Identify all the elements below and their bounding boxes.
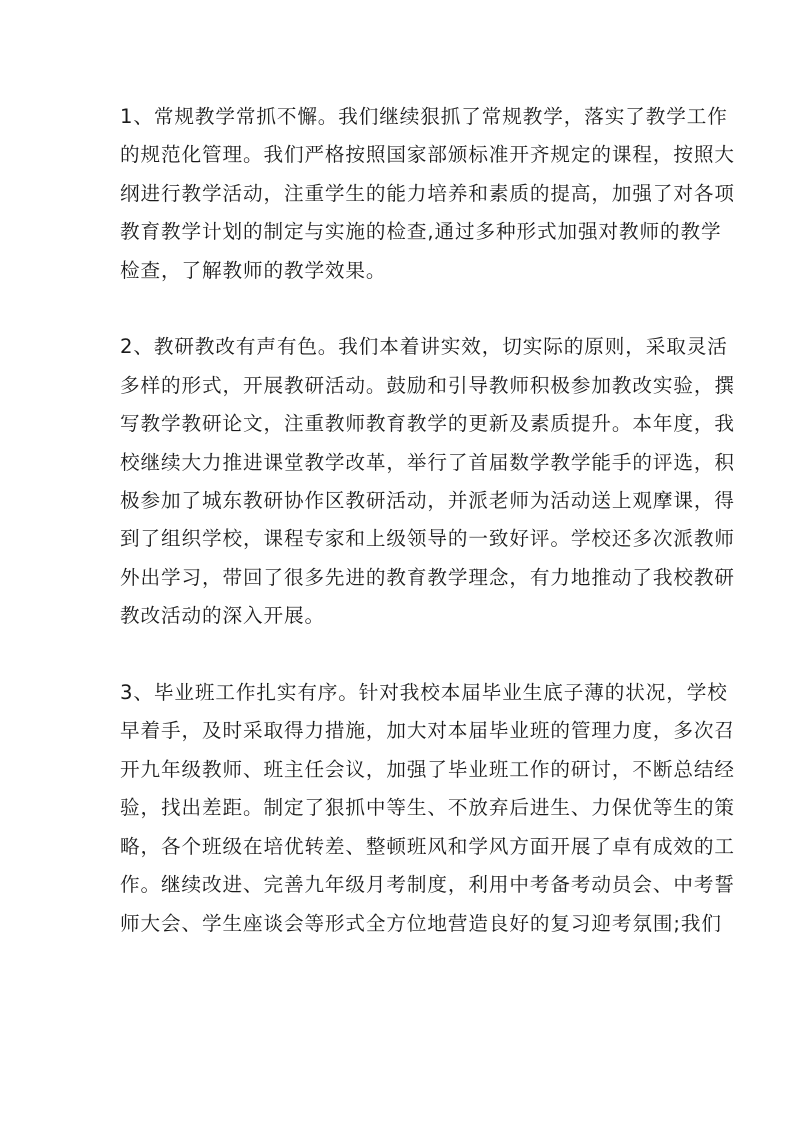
document-page: 1、常规教学常抓不懈。我们继续狠抓了常规教学，落实了教学工作 的规范化管理。我们… (120, 98, 676, 981)
paragraph-routine-teaching: 1、常规教学常抓不懈。我们继续狠抓了常规教学，落实了教学工作 的规范化管理。我们… (120, 98, 676, 290)
text-line: 多样的形式，开展教研活动。鼓励和引导教师积极参加教改实验，撰 (120, 367, 676, 405)
text-line: 验，找出差距。制定了狠抓中等生、不放弃后进生、力保优等生的策 (120, 789, 676, 827)
text-line: 的规范化管理。我们严格按照国家部颁标准开齐规定的课程，按照大 (120, 136, 676, 174)
text-line: 早着手，及时采取得力措施，加大对本届毕业班的管理力度，多次召 (120, 712, 676, 750)
text-line: 外出学习，带回了很多先进的教育教学理念，有力地推动了我校教研 (120, 559, 676, 597)
text-line: 到了组织学校，课程专家和上级领导的一致好评。学校还多次派教师 (120, 520, 676, 558)
text-line: 校继续大力推进课堂教学改革，举行了首届数学教学能手的评选，积 (120, 444, 676, 482)
text-line: 开九年级教师、班主任会议，加强了毕业班工作的研讨，不断总结经 (120, 751, 676, 789)
text-line: 略，各个班级在培优转差、整顿班风和学风方面开展了卓有成效的工 (120, 828, 676, 866)
text-line: 纲进行教学活动，注重学生的能力培养和素质的提高，加强了对各项 (120, 175, 676, 213)
text-line: 师大会、学生座谈会等形式全方位地营造良好的复习迎考氛围;我们 (120, 905, 676, 943)
text-line: 写教学教研论文，注重教师教育教学的更新及素质提升。本年度，我 (120, 405, 676, 443)
text-line: 作。继续改进、完善九年级月考制度，利用中考备考动员会、中考誓 (120, 866, 676, 904)
text-line: 教改活动的深入开展。 (120, 597, 676, 635)
text-line: 教育教学计划的制定与实施的检查,通过多种形式加强对教师的教学 (120, 213, 676, 251)
text-line: 1、常规教学常抓不懈。我们继续狠抓了常规教学，落实了教学工作 (120, 98, 676, 136)
text-line: 2、教研教改有声有色。我们本着讲实效，切实际的原则，采取灵活 (120, 328, 676, 366)
text-line: 检查，了解教师的教学效果。 (120, 252, 676, 290)
paragraph-graduating-class: 3、毕业班工作扎实有序。针对我校本届毕业生底子薄的状况，学校 早着手，及时采取得… (120, 674, 676, 943)
paragraph-teaching-research: 2、教研教改有声有色。我们本着讲实效，切实际的原则，采取灵活 多样的形式，开展教… (120, 328, 676, 635)
text-line: 极参加了城东教研协作区教研活动，并派老师为活动送上观摩课，得 (120, 482, 676, 520)
text-line: 3、毕业班工作扎实有序。针对我校本届毕业生底子薄的状况，学校 (120, 674, 676, 712)
